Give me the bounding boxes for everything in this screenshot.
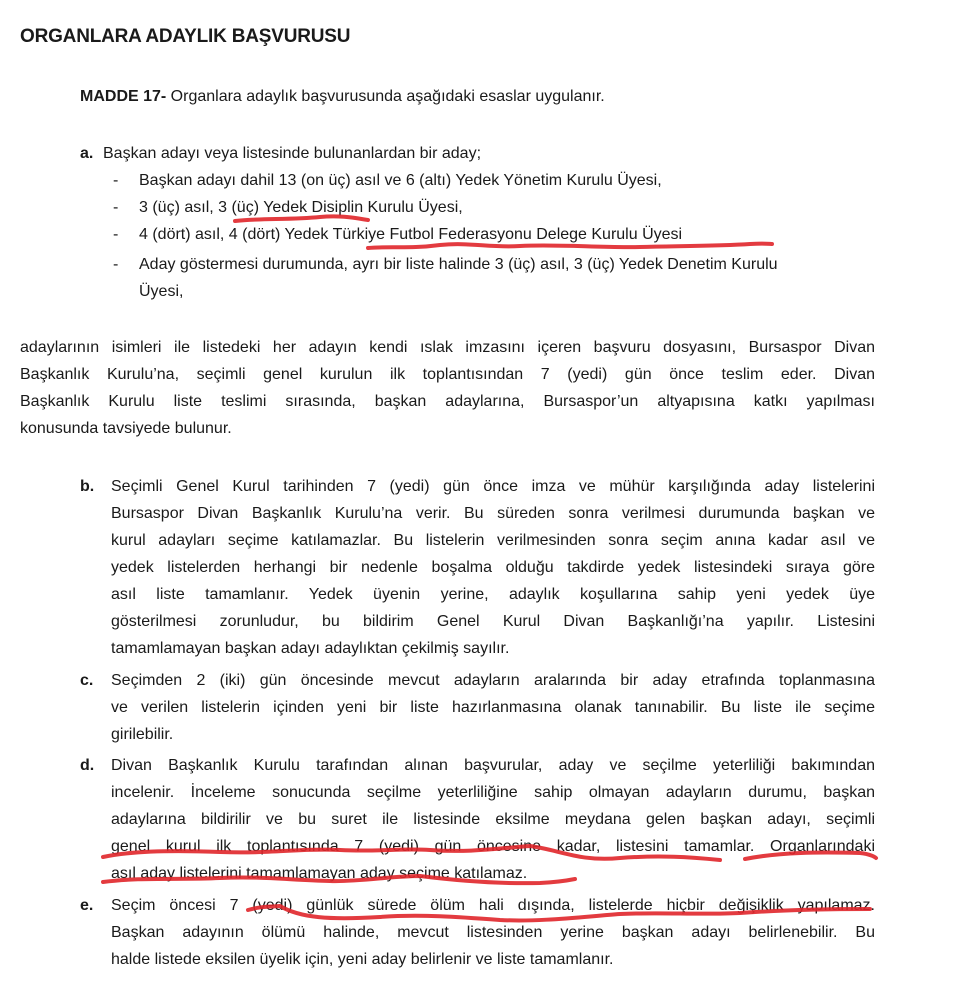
item-b-line: Seçimli Genel Kurul tarihinden 7 (yedi) … bbox=[111, 473, 875, 500]
item-c-line: Seçimden 2 (iki) gün öncesinde mevcut ad… bbox=[111, 667, 875, 694]
bullet-item: Aday göstermesi durumunda, ayrı bir list… bbox=[139, 255, 778, 275]
article-text: Organlara adaylık başvurusunda aşağıdaki… bbox=[166, 88, 604, 105]
item-b-line: asıl liste tamamlanır. Yedek üyenin yeri… bbox=[111, 581, 875, 608]
article-heading: MADDE 17- Organlara adaylık başvurusunda… bbox=[80, 88, 605, 106]
item-e-text: Seçim öncesi 7 (yedi) günlük sürede ölüm… bbox=[111, 892, 875, 973]
item-d-marker: d. bbox=[80, 752, 94, 779]
item-c-line: ve verilen listelerin içinden yeni bir l… bbox=[111, 694, 875, 721]
item-c-text: Seçimden 2 (iki) gün öncesinde mevcut ad… bbox=[111, 667, 875, 748]
paragraph-line: Başkanlık Kurulu liste teslimi sırasında… bbox=[20, 388, 875, 415]
bullet-item: Başkan adayı dahil 13 (on üç) asıl ve 6 … bbox=[139, 171, 662, 191]
item-e-line: halde listede eksilen üyelik için, yeni … bbox=[111, 946, 875, 973]
item-e-line: Başkan adayının ölümü halinde, mevcut li… bbox=[111, 919, 875, 946]
article-label: MADDE 17- bbox=[80, 88, 166, 105]
section-title: ORGANLARA ADAYLIK BAŞVURUSU bbox=[20, 26, 350, 48]
bullet-dash: - bbox=[113, 221, 118, 248]
item-b-marker: b. bbox=[80, 473, 94, 500]
bullet-dash: - bbox=[113, 251, 118, 278]
bullet-dash: - bbox=[113, 167, 118, 194]
item-a-intro: Başkan adayı veya listesinde bulunanlard… bbox=[103, 144, 481, 164]
paragraph-line: Başkanlık Kurulu’na, seçimli genel kurul… bbox=[20, 361, 875, 388]
item-e-line-underlined: Seçim öncesi 7 (yedi) günlük sürede ölüm… bbox=[111, 892, 875, 919]
paragraph-line: adaylarının isimleri ile listedeki her a… bbox=[20, 334, 875, 361]
item-d-text: Divan Başkanlık Kurulu tarafından alınan… bbox=[111, 752, 875, 887]
bullet-item: 4 (dört) asıl, 4 (dört) Yedek Türkiye Fu… bbox=[139, 225, 682, 245]
item-b-line: tamamlamayan başkan adayı adaylıktan çek… bbox=[111, 635, 875, 662]
bullet-dash: - bbox=[113, 194, 118, 221]
item-b-line: kurul adayları seçime katılamazlar. Bu l… bbox=[111, 527, 875, 554]
item-c-marker: c. bbox=[80, 667, 93, 694]
item-b-line: gösterilmesi zorunludur, bu bildirim Gen… bbox=[111, 608, 875, 635]
document-page: ORGANLARA ADAYLIK BAŞVURUSU MADDE 17- Or… bbox=[0, 0, 967, 1004]
item-b-line: yedek listelerden herhangi bir nedenle b… bbox=[111, 554, 875, 581]
item-e-marker: e. bbox=[80, 892, 93, 919]
item-d-line-underlined: asıl aday listelerini tamamlamayan aday … bbox=[111, 860, 875, 887]
item-d-line: Divan Başkanlık Kurulu tarafından alınan… bbox=[111, 752, 875, 779]
item-c-line: girilebilir. bbox=[111, 721, 875, 748]
item-a-marker: a. bbox=[80, 140, 93, 167]
paragraph-line: konusunda tavsiyede bulunur. bbox=[20, 415, 875, 442]
bullet-item: 3 (üç) asıl, 3 (üç) Yedek Disiplin Kurul… bbox=[139, 198, 463, 218]
bullet-item-continuation: Üyesi, bbox=[139, 282, 183, 302]
item-b-line: Bursaspor Divan Başkanlık Kurulu’na veri… bbox=[111, 500, 875, 527]
item-d-line: adaylarına bildirilir ve bu suret ile li… bbox=[111, 806, 875, 833]
item-d-line-underlined: genel kurul ilk toplantısında 7 (yedi) g… bbox=[111, 833, 875, 860]
item-d-line: incelenir. İnceleme sonucunda seçilme ye… bbox=[111, 779, 875, 806]
main-paragraph: adaylarının isimleri ile listedeki her a… bbox=[20, 334, 875, 442]
item-b-text: Seçimli Genel Kurul tarihinden 7 (yedi) … bbox=[111, 473, 875, 662]
